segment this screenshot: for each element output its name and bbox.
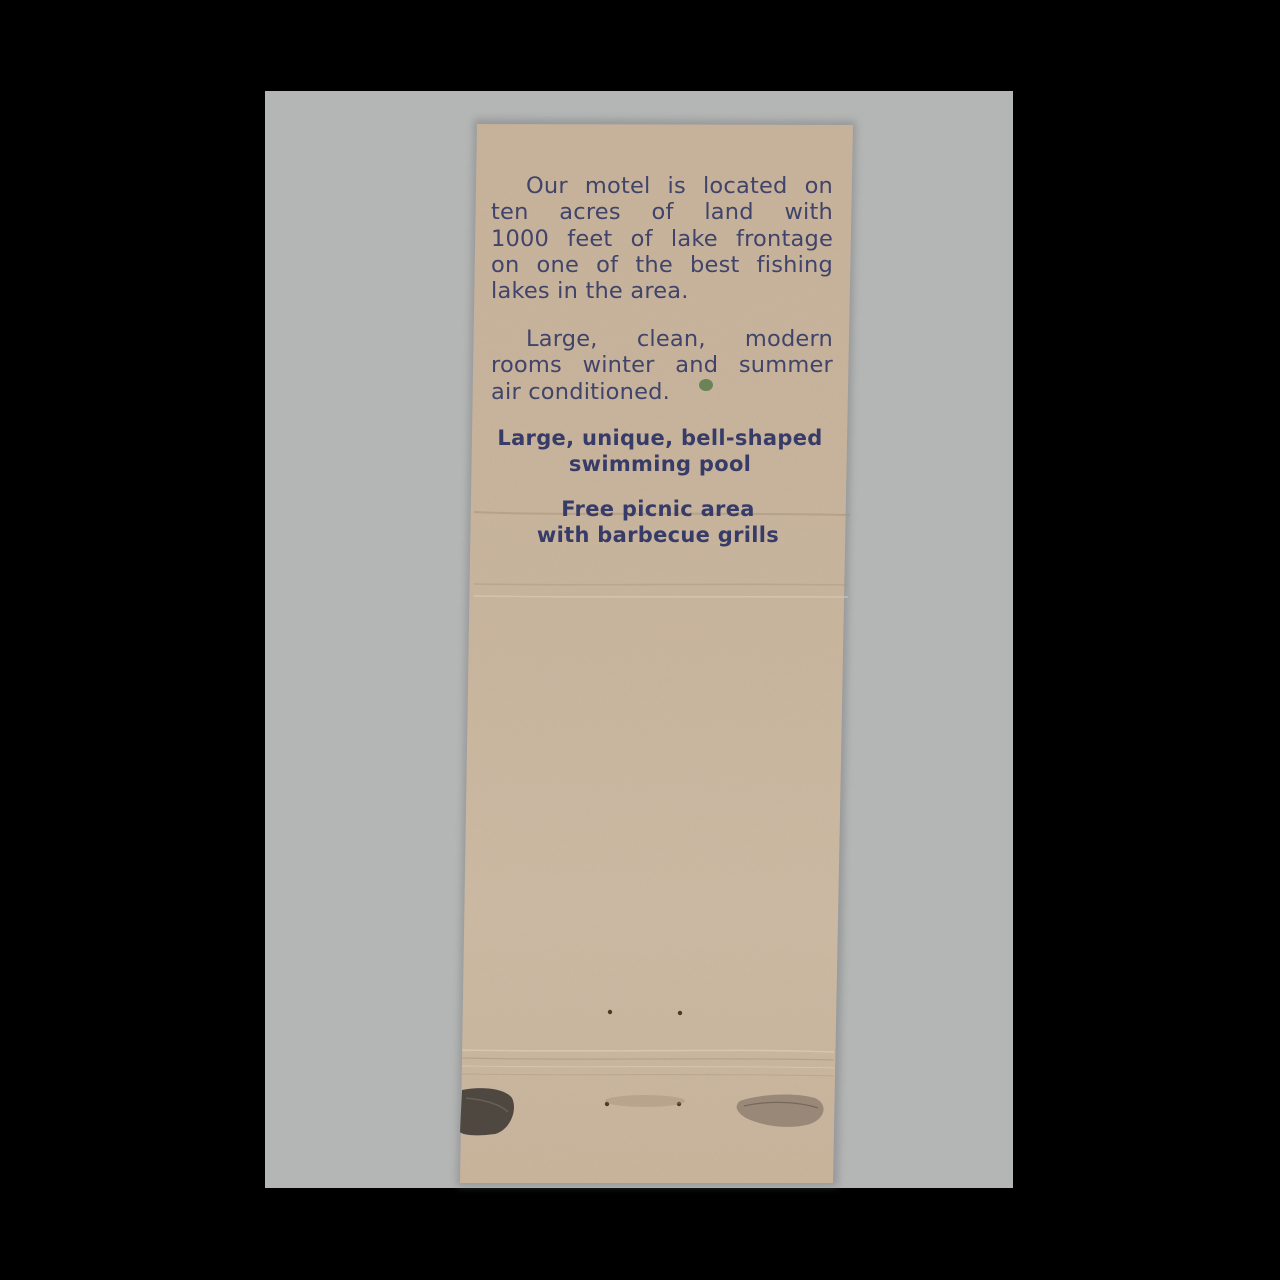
description-paragraph-1: Our motel is located on ten acres of lan… <box>491 173 833 304</box>
text-line: on one of the best fishing <box>491 252 833 278</box>
fold-crease-highlight <box>474 596 848 597</box>
feature-swimming-pool: Large, unique, bell-shaped swimming pool <box>480 425 840 477</box>
text-line: Free picnic area <box>478 496 838 522</box>
text-line: with barbecue grills <box>478 522 838 548</box>
description-paragraph-2: Large, clean, modern rooms winter and su… <box>491 326 833 405</box>
staple-dent <box>605 1095 685 1107</box>
feature-picnic-area: Free picnic area with barbecue grills <box>478 496 838 548</box>
text-line: Large, unique, bell-shaped <box>480 425 840 451</box>
fold-crease-mid <box>474 584 848 585</box>
text-line: ten acres of land with <box>491 199 833 225</box>
staple-hole <box>678 1011 682 1015</box>
text-line: swimming pool <box>480 451 840 477</box>
matchbook-cover: Our motel is located on ten acres of lan… <box>0 0 1280 1280</box>
text-line: Our motel is located on <box>491 173 833 199</box>
text-line: lakes in the area. <box>491 278 833 304</box>
staple-hole <box>608 1010 612 1014</box>
text-line: air conditioned. <box>491 379 833 405</box>
text-line: rooms winter and summer <box>491 352 833 378</box>
text-line: Large, clean, modern <box>491 326 833 352</box>
text-line: 1000 feet of lake frontage <box>491 226 833 252</box>
